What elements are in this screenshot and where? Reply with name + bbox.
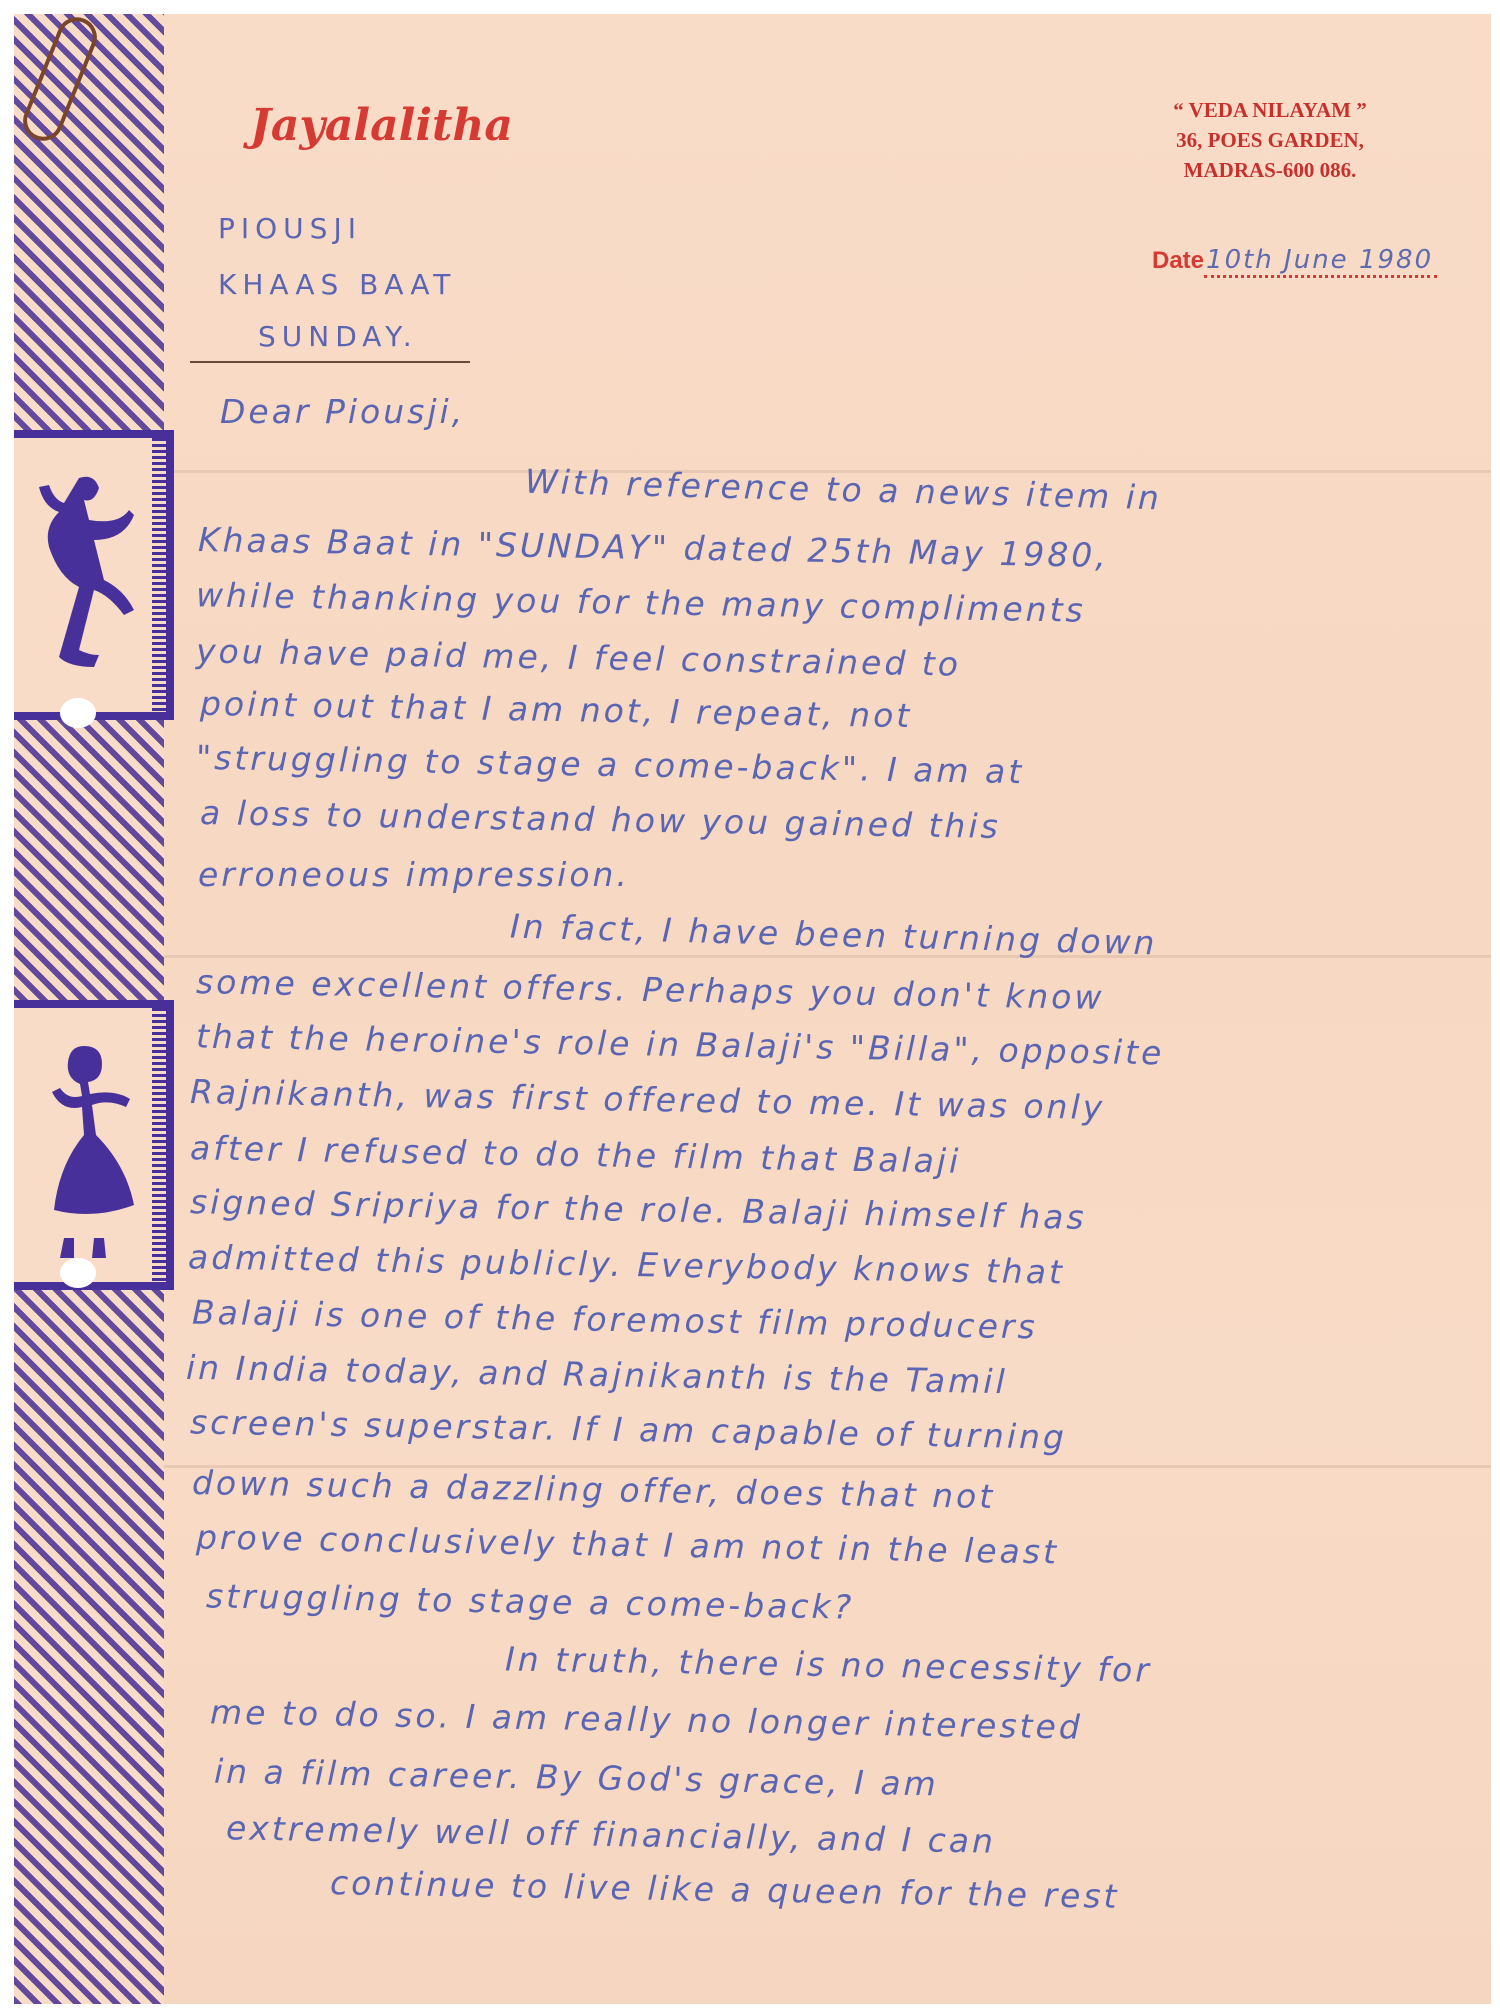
- hatch-decoration: [152, 1008, 174, 1282]
- dancer-silhouette-icon: [24, 468, 154, 698]
- salutation: Dear Piousji,: [220, 392, 465, 431]
- addressee-line: KHAAS BAAT: [218, 268, 456, 301]
- addressee-line: SUNDAY.: [258, 320, 418, 353]
- addressee-underline: [190, 361, 470, 363]
- date-label: Date: [1152, 247, 1204, 274]
- addressee-line: PIOUSJI: [218, 212, 362, 245]
- letter-line: erroneous impression.: [198, 855, 630, 894]
- date-field: Date10th June 1980: [1152, 245, 1437, 275]
- border-panel-dancer-bottom: [14, 1000, 174, 1290]
- punch-hole: [60, 1258, 96, 1288]
- border-panel-dancer-top: [14, 430, 174, 720]
- address-line: 36, POES GARDEN,: [1140, 125, 1400, 155]
- letterhead-address: “ VEDA NILAYAM ” 36, POES GARDEN, MADRAS…: [1140, 95, 1400, 185]
- letterhead-name: Jayalalitha: [250, 100, 513, 151]
- punch-hole: [60, 698, 96, 728]
- hatch-decoration: [152, 438, 174, 712]
- address-line: “ VEDA NILAYAM ”: [1140, 95, 1400, 125]
- date-value: 10th June 1980: [1204, 245, 1437, 278]
- address-line: MADRAS-600 086.: [1140, 155, 1400, 185]
- dancer-silhouette-icon: [24, 1038, 154, 1268]
- paper-fold-line: [14, 955, 1491, 958]
